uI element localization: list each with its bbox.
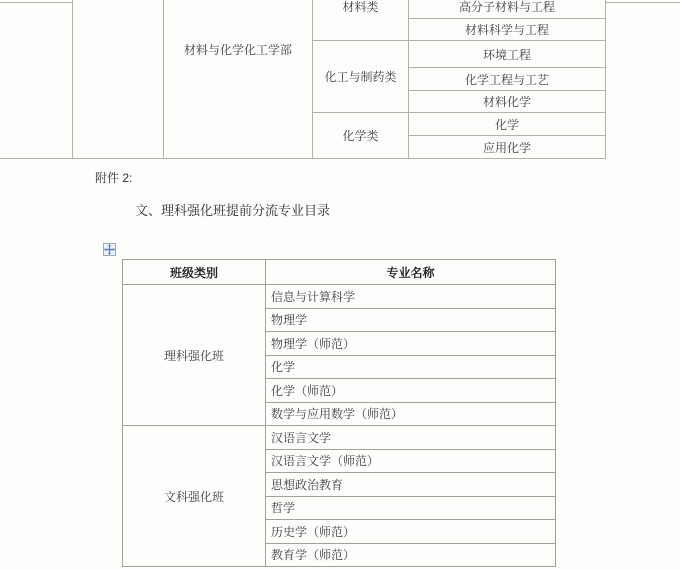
category-cell: 化工与制药类 (313, 41, 409, 113)
move-cross-icon (104, 244, 115, 255)
category-cell: 材料类 (313, 0, 409, 41)
major-cell: 信息与计算科学 (266, 285, 556, 309)
major-cell: 哲学 (266, 496, 556, 520)
empty-cell (73, 0, 164, 159)
empty-cell (0, 0, 73, 159)
intensive-class-table: 班级类别 专业名称 理科强化班 信息与计算科学 物理学 物理学（师范） 化学 化… (122, 259, 556, 567)
major-cell: 环境工程 (409, 41, 606, 68)
major-cell: 思想政治教育 (266, 473, 556, 497)
column-header-major-name: 专业名称 (266, 260, 556, 285)
attachment-label: 附件 2: (95, 169, 132, 186)
major-cell: 物理学 (266, 308, 556, 332)
column-header-class-type: 班级类别 (123, 260, 266, 285)
class-type-cell: 文科强化班 (123, 426, 266, 567)
major-cell: 汉语言文学（师范） (266, 449, 556, 473)
major-cell: 化学 (266, 355, 556, 379)
major-cell: 化学工程与工艺 (409, 68, 606, 91)
major-cell: 教育学（师范） (266, 543, 556, 567)
major-cell: 材料化学 (409, 91, 606, 113)
table-border-fragment (606, 2, 680, 3)
major-cell: 材料科学与工程 (409, 19, 606, 41)
section-title: 文、理科强化班提前分流专业目录 (135, 200, 330, 219)
major-cell: 历史学（师范） (266, 520, 556, 544)
department-majors-table: 材料与化学化工学部 材料类 高分子材料与工程 材料科学与工程 化工与制药类 环境… (0, 0, 606, 159)
table-move-handle-icon[interactable] (103, 243, 116, 256)
major-cell: 物理学（师范） (266, 332, 556, 356)
major-cell: 高分子材料与工程 (409, 0, 606, 19)
major-cell: 化学 (409, 113, 606, 136)
major-cell: 汉语言文学 (266, 426, 556, 450)
major-cell: 化学（师范） (266, 379, 556, 403)
document-page: 材料与化学化工学部 材料类 高分子材料与工程 材料科学与工程 化工与制药类 环境… (0, 0, 680, 569)
major-cell: 数学与应用数学（师范） (266, 402, 556, 426)
category-cell: 化学类 (313, 113, 409, 159)
major-cell: 应用化学 (409, 136, 606, 159)
department-cell: 材料与化学化工学部 (164, 0, 313, 159)
class-type-cell: 理科强化班 (123, 285, 266, 426)
